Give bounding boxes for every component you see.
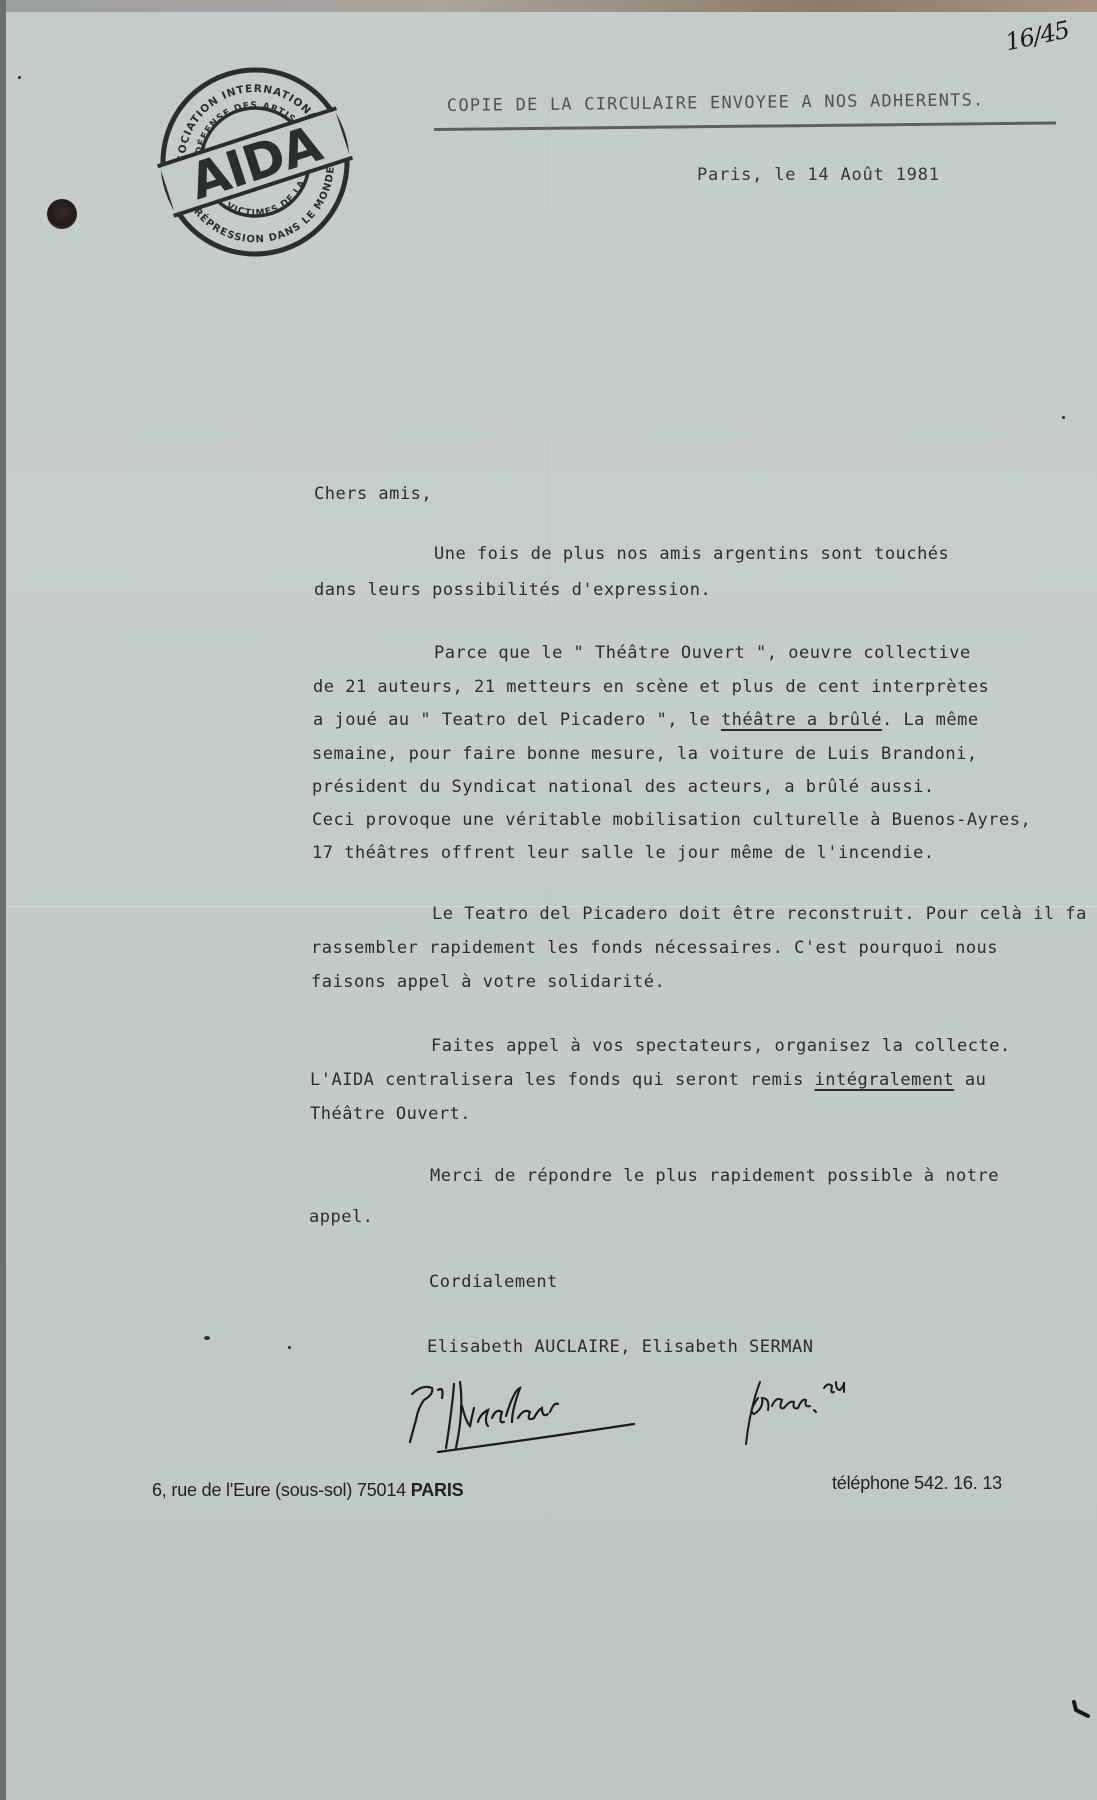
- paragraph-2-text: . La même: [882, 710, 979, 730]
- footer-phone-label: téléphone: [832, 1473, 914, 1493]
- paper-speck: [288, 1346, 291, 1349]
- greeting: Chers amis,: [314, 484, 432, 504]
- paper-speck: [1062, 416, 1065, 419]
- underlined-emphasis: théâtre a brûlé: [721, 710, 882, 730]
- paragraph-4-text: L'AIDA centralisera les fonds qui seront…: [310, 1070, 815, 1090]
- paragraph-2-line: a joué au " Teatro del Picadero ", le th…: [313, 710, 979, 730]
- paragraph-2-line: Ceci provoque une véritable mobilisation…: [312, 810, 1031, 830]
- footer-phone: téléphone 542. 16. 13: [832, 1473, 1002, 1494]
- letter-date: Paris, le 14 Août 1981: [697, 165, 940, 185]
- footer-phone-number: 542. 16. 13: [914, 1473, 1002, 1493]
- paragraph-3-line: rassembler rapidement les fonds nécessai…: [311, 938, 998, 958]
- underlined-emphasis: intégralement: [815, 1070, 955, 1090]
- paragraph-5-line: Merci de répondre le plus rapidement pos…: [430, 1166, 999, 1186]
- signature-serman-icon: [740, 1368, 850, 1448]
- paragraph-2-line: semaine, pour faire bonne mesure, la voi…: [312, 744, 978, 764]
- signature-auclaire-icon: [408, 1370, 640, 1460]
- paragraph-1-line: Une fois de plus nos amis argentins sont…: [434, 544, 949, 564]
- closing: Cordialement: [429, 1272, 558, 1292]
- paragraph-2-line: Parce que le " Théâtre Ouvert ", oeuvre …: [434, 643, 971, 663]
- paragraph-4-line: L'AIDA centralisera les fonds qui seront…: [310, 1070, 986, 1090]
- paragraph-2-line: 17 théâtres offrent leur salle le jour m…: [312, 843, 935, 863]
- paper-speck: [204, 1336, 210, 1340]
- aida-logo-icon: ASSOCIATION INTERNATIONALE DE DÉFENSE DE…: [157, 64, 353, 260]
- paragraph-4-text: au: [954, 1070, 986, 1090]
- paper-speck: [18, 76, 21, 79]
- paragraph-3-line: Le Teatro del Picadero doit être reconst…: [432, 904, 1087, 924]
- paragraph-3-line: faisons appel à votre solidarité.: [311, 972, 665, 992]
- paragraph-2-line: président du Syndicat national des acteu…: [312, 777, 935, 797]
- footer-city: PARIS: [411, 1480, 464, 1500]
- ink-mark-icon: [1070, 1700, 1092, 1720]
- signatories: Elisabeth AUCLAIRE, Elisabeth SERMAN: [427, 1337, 813, 1357]
- footer-address: 6, rue de l'Eure (sous-sol) 75014 PARIS: [152, 1480, 463, 1501]
- paragraph-1-line: dans leurs possibilités d'expression.: [314, 580, 711, 600]
- paragraph-5-line: appel.: [309, 1207, 373, 1227]
- footer-street: 6, rue de l'Eure (sous-sol) 75014: [152, 1480, 411, 1500]
- paragraph-4-line: Théâtre Ouvert.: [310, 1104, 471, 1124]
- punch-hole: [47, 199, 77, 229]
- paragraph-2-text: a joué au " Teatro del Picadero ", le: [313, 710, 721, 730]
- paragraph-4-line: Faites appel à vos spectateurs, organise…: [431, 1036, 1011, 1056]
- paper-left-edge: [0, 0, 6, 1800]
- paragraph-2-line: de 21 auteurs, 21 metteurs en scène et p…: [313, 677, 989, 697]
